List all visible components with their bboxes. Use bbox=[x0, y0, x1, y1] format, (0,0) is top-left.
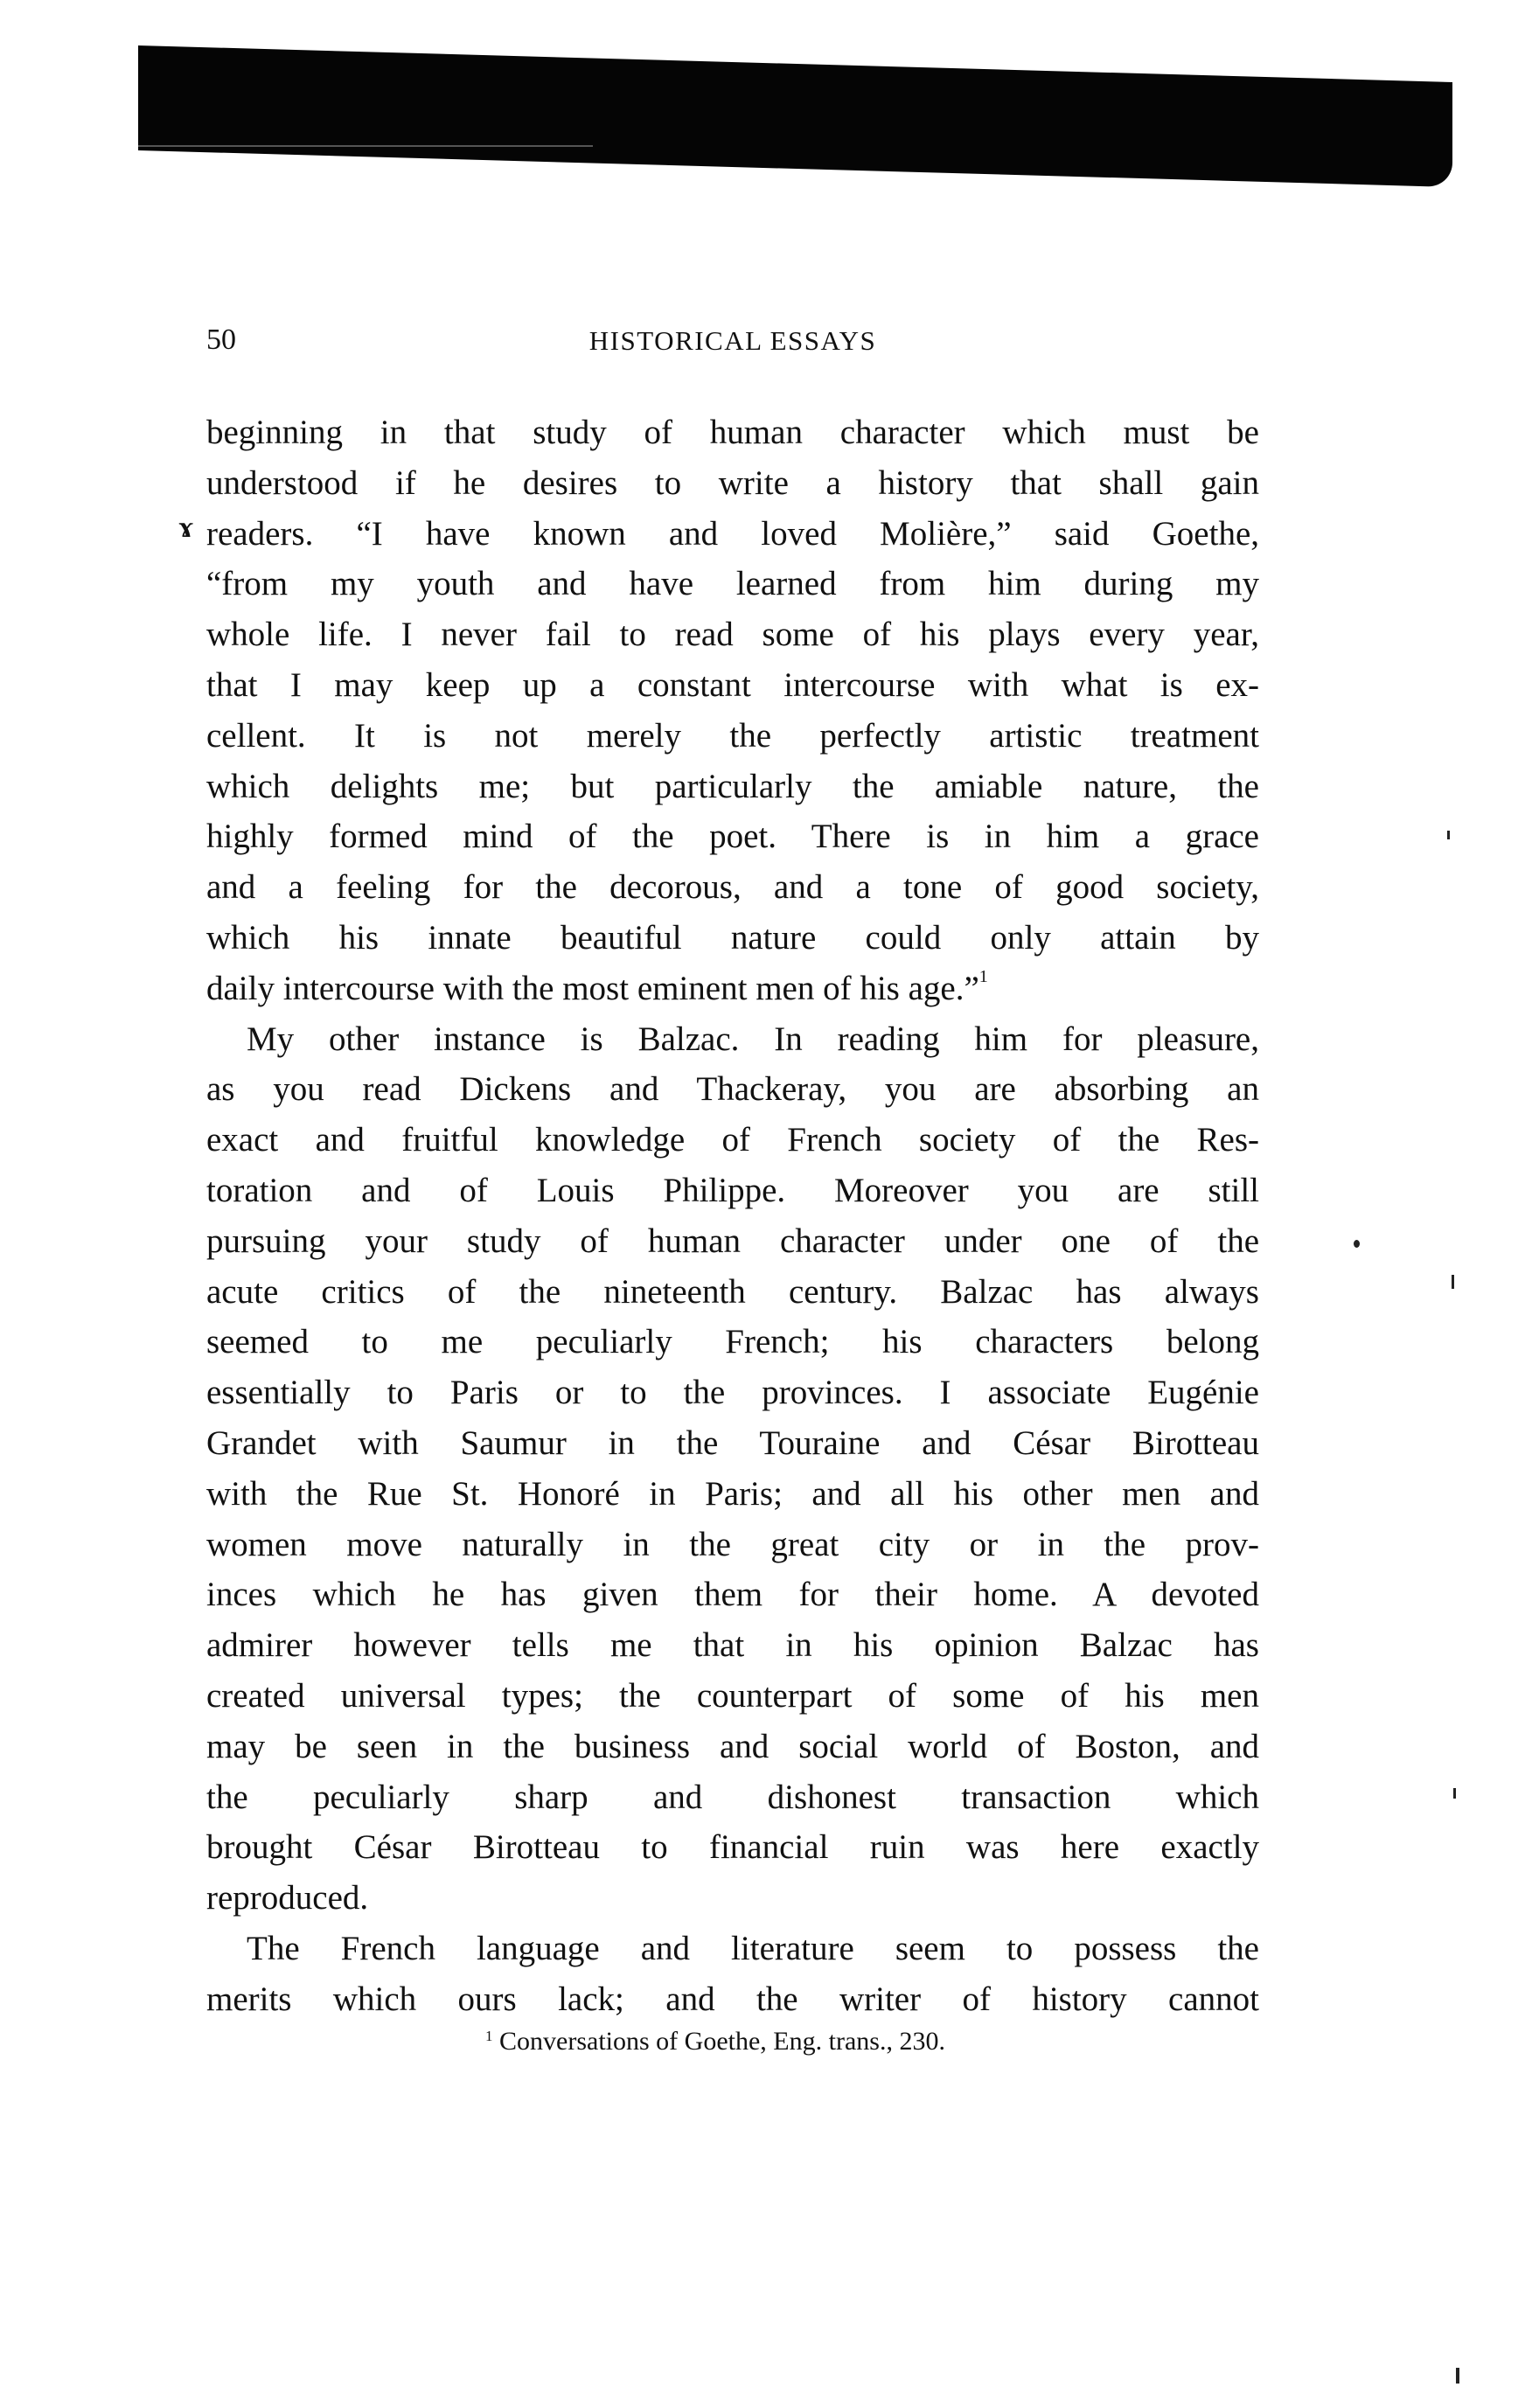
text-line: with the Rue St. Honoré in Paris; and al… bbox=[206, 1469, 1259, 1520]
text-line: seemed to me peculiarly French; his char… bbox=[206, 1317, 1259, 1368]
footnote: 1 Conversations of Goethe, Eng. trans., … bbox=[206, 2027, 1259, 2057]
text-line: reproduced. bbox=[206, 1873, 1259, 1924]
scan-speck bbox=[1452, 1275, 1454, 1289]
text-line: created universal types; the counterpart… bbox=[206, 1671, 1259, 1722]
footnote-text: Conversations of Goethe, Eng. trans., 23… bbox=[499, 2027, 945, 2056]
text-line: daily intercourse with the most eminent … bbox=[206, 964, 1259, 1014]
scan-speck bbox=[1354, 1240, 1360, 1248]
text-line: beginning in that study of human charact… bbox=[206, 407, 1259, 458]
text-line: “from my youth and have learned from him… bbox=[206, 559, 1259, 609]
text-line: The French language and literature seem … bbox=[206, 1924, 1259, 1974]
text-line: merits which ours lack; and the writer o… bbox=[206, 1974, 1259, 2025]
text-line: women move naturally in the great city o… bbox=[206, 1520, 1259, 1570]
margin-mark: ɤ bbox=[178, 512, 194, 545]
text-line: which his innate beautiful nature could … bbox=[206, 913, 1259, 964]
text-line: admirer however tells me that in his opi… bbox=[206, 1620, 1259, 1671]
text-line: inces which he has given them for their … bbox=[206, 1569, 1259, 1620]
text-line: understood if he desires to write a hist… bbox=[206, 458, 1259, 509]
text-line: whole life. I never fail to read some of… bbox=[206, 609, 1259, 660]
scan-edge-shadow bbox=[138, 45, 1452, 187]
text-line: essentially to Paris or to the provinces… bbox=[206, 1368, 1259, 1418]
text-line: which delights me; but particularly the … bbox=[206, 762, 1259, 812]
footnote-ref: 1 bbox=[979, 967, 988, 986]
text-line: toration and of Louis Philippe. Moreover… bbox=[206, 1166, 1259, 1216]
text-line: may be seen in the business and social w… bbox=[206, 1722, 1259, 1772]
text-line: My other instance is Balzac. In reading … bbox=[206, 1014, 1259, 1065]
scan-edge-line bbox=[138, 145, 593, 147]
text-line: that I may keep up a constant intercours… bbox=[206, 660, 1259, 711]
scan-speck bbox=[1453, 1788, 1456, 1799]
text-line: readers. “I have known and loved Molière… bbox=[206, 509, 1259, 560]
text-line: highly formed mind of the poet. There is… bbox=[206, 811, 1259, 862]
text-line: the peculiarly sharp and dishonest trans… bbox=[206, 1772, 1259, 1823]
text-line: pursuing your study of human character u… bbox=[206, 1216, 1259, 1267]
text-line: brought César Birotteau to financial rui… bbox=[206, 1822, 1259, 1873]
text-line: acute critics of the nineteenth century.… bbox=[206, 1267, 1259, 1318]
text-line: and a feeling for the decorous, and a to… bbox=[206, 862, 1259, 913]
page-header: 50 HISTORICAL ESSAYS bbox=[206, 324, 1259, 367]
body-text: beginning in that study of human charact… bbox=[206, 407, 1259, 2025]
footnote-marker: 1 bbox=[485, 2028, 493, 2044]
text-line: exact and fruitful knowledge of French s… bbox=[206, 1115, 1259, 1166]
scan-speck bbox=[1447, 831, 1450, 839]
text-line: Grandet with Saumur in the Touraine and … bbox=[206, 1418, 1259, 1469]
text-line: cellent. It is not merely the perfectly … bbox=[206, 711, 1259, 762]
scan-speck bbox=[1456, 2368, 1459, 2384]
text-line: as you read Dickens and Thackeray, you a… bbox=[206, 1064, 1259, 1115]
running-title: HISTORICAL ESSAYS bbox=[206, 325, 1259, 357]
